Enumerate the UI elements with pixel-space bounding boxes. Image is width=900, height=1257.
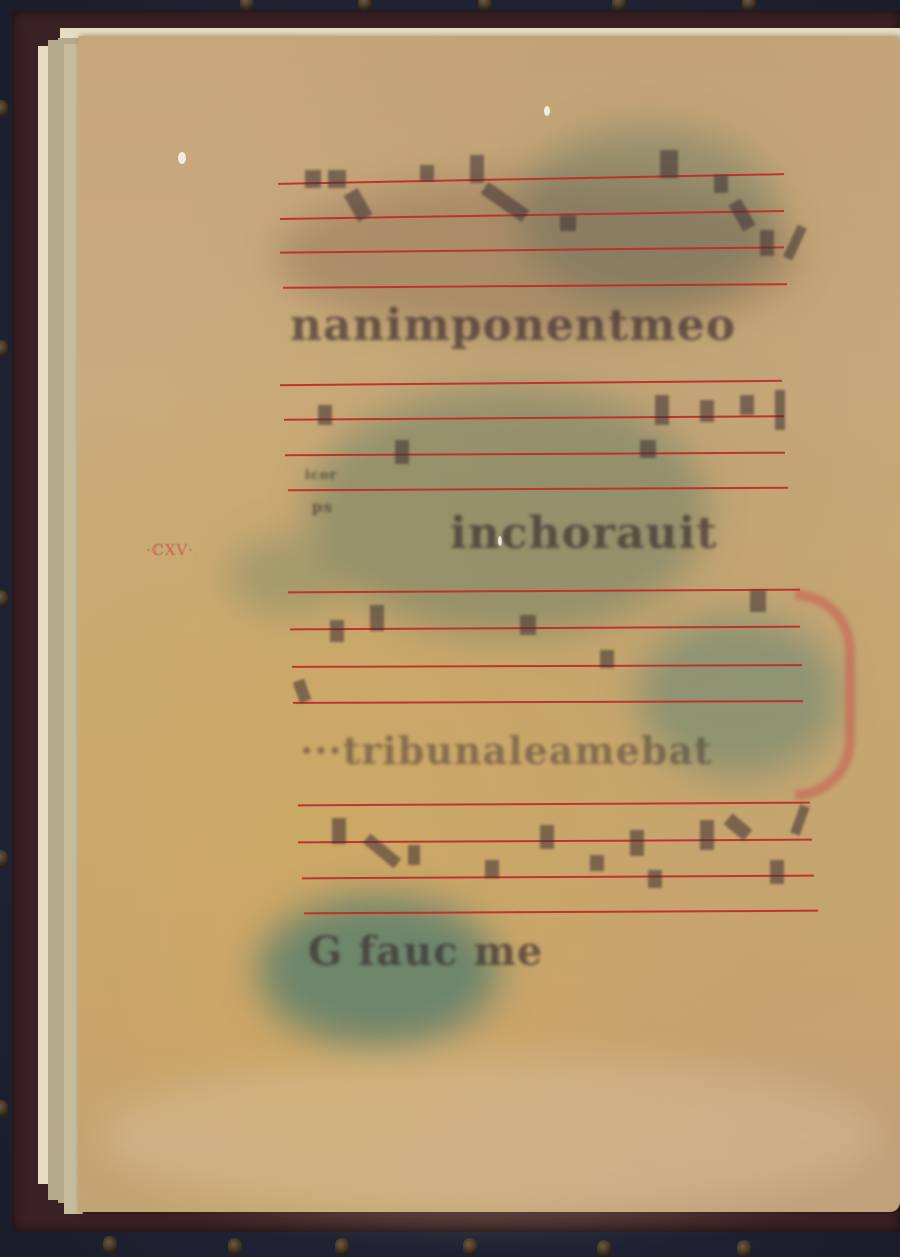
neume — [305, 170, 321, 188]
neume — [655, 395, 669, 425]
neume — [770, 860, 784, 884]
lyric-line-2: inchorauit — [450, 508, 718, 559]
neume — [395, 440, 409, 464]
neume — [648, 870, 662, 888]
binding-stud — [737, 1240, 751, 1257]
neume — [560, 215, 576, 231]
neume — [485, 860, 499, 878]
neume — [330, 620, 344, 642]
margin-note: ps — [312, 498, 333, 516]
neume — [600, 650, 614, 668]
manuscript-page — [78, 36, 900, 1212]
neume — [760, 230, 774, 256]
neume — [328, 170, 346, 188]
neume — [700, 820, 714, 850]
lyric-line-3: ···tribunaleamebat — [300, 728, 713, 773]
binding-stud — [228, 1238, 242, 1256]
neume — [740, 395, 754, 415]
neume — [750, 590, 766, 612]
neume — [700, 400, 714, 422]
light-stain — [98, 1056, 878, 1216]
neume — [660, 150, 678, 178]
paint-loss — [544, 106, 550, 116]
neume — [520, 615, 536, 635]
neume — [540, 825, 554, 849]
neume — [332, 818, 346, 844]
binding-stud — [463, 1238, 477, 1256]
neume — [775, 390, 785, 430]
red-initial-letter — [795, 590, 855, 800]
lyric-line-1: nanimponentmeo — [290, 300, 736, 351]
neume — [470, 155, 484, 183]
neume — [420, 165, 434, 181]
binding-stud — [597, 1240, 611, 1257]
folio-number: ·ℂXV· — [146, 541, 194, 559]
lyric-line-4: G fauc me — [308, 928, 543, 975]
binding-stud — [335, 1238, 349, 1256]
neume — [640, 440, 656, 458]
neume — [408, 845, 420, 865]
neume — [370, 605, 384, 631]
neume — [630, 830, 644, 856]
paint-loss — [178, 152, 186, 164]
binding-stud — [103, 1236, 117, 1254]
water-stain — [228, 536, 348, 616]
neume — [590, 855, 604, 871]
neume — [318, 405, 332, 425]
neume — [714, 175, 728, 193]
margin-note: icor — [305, 468, 337, 483]
